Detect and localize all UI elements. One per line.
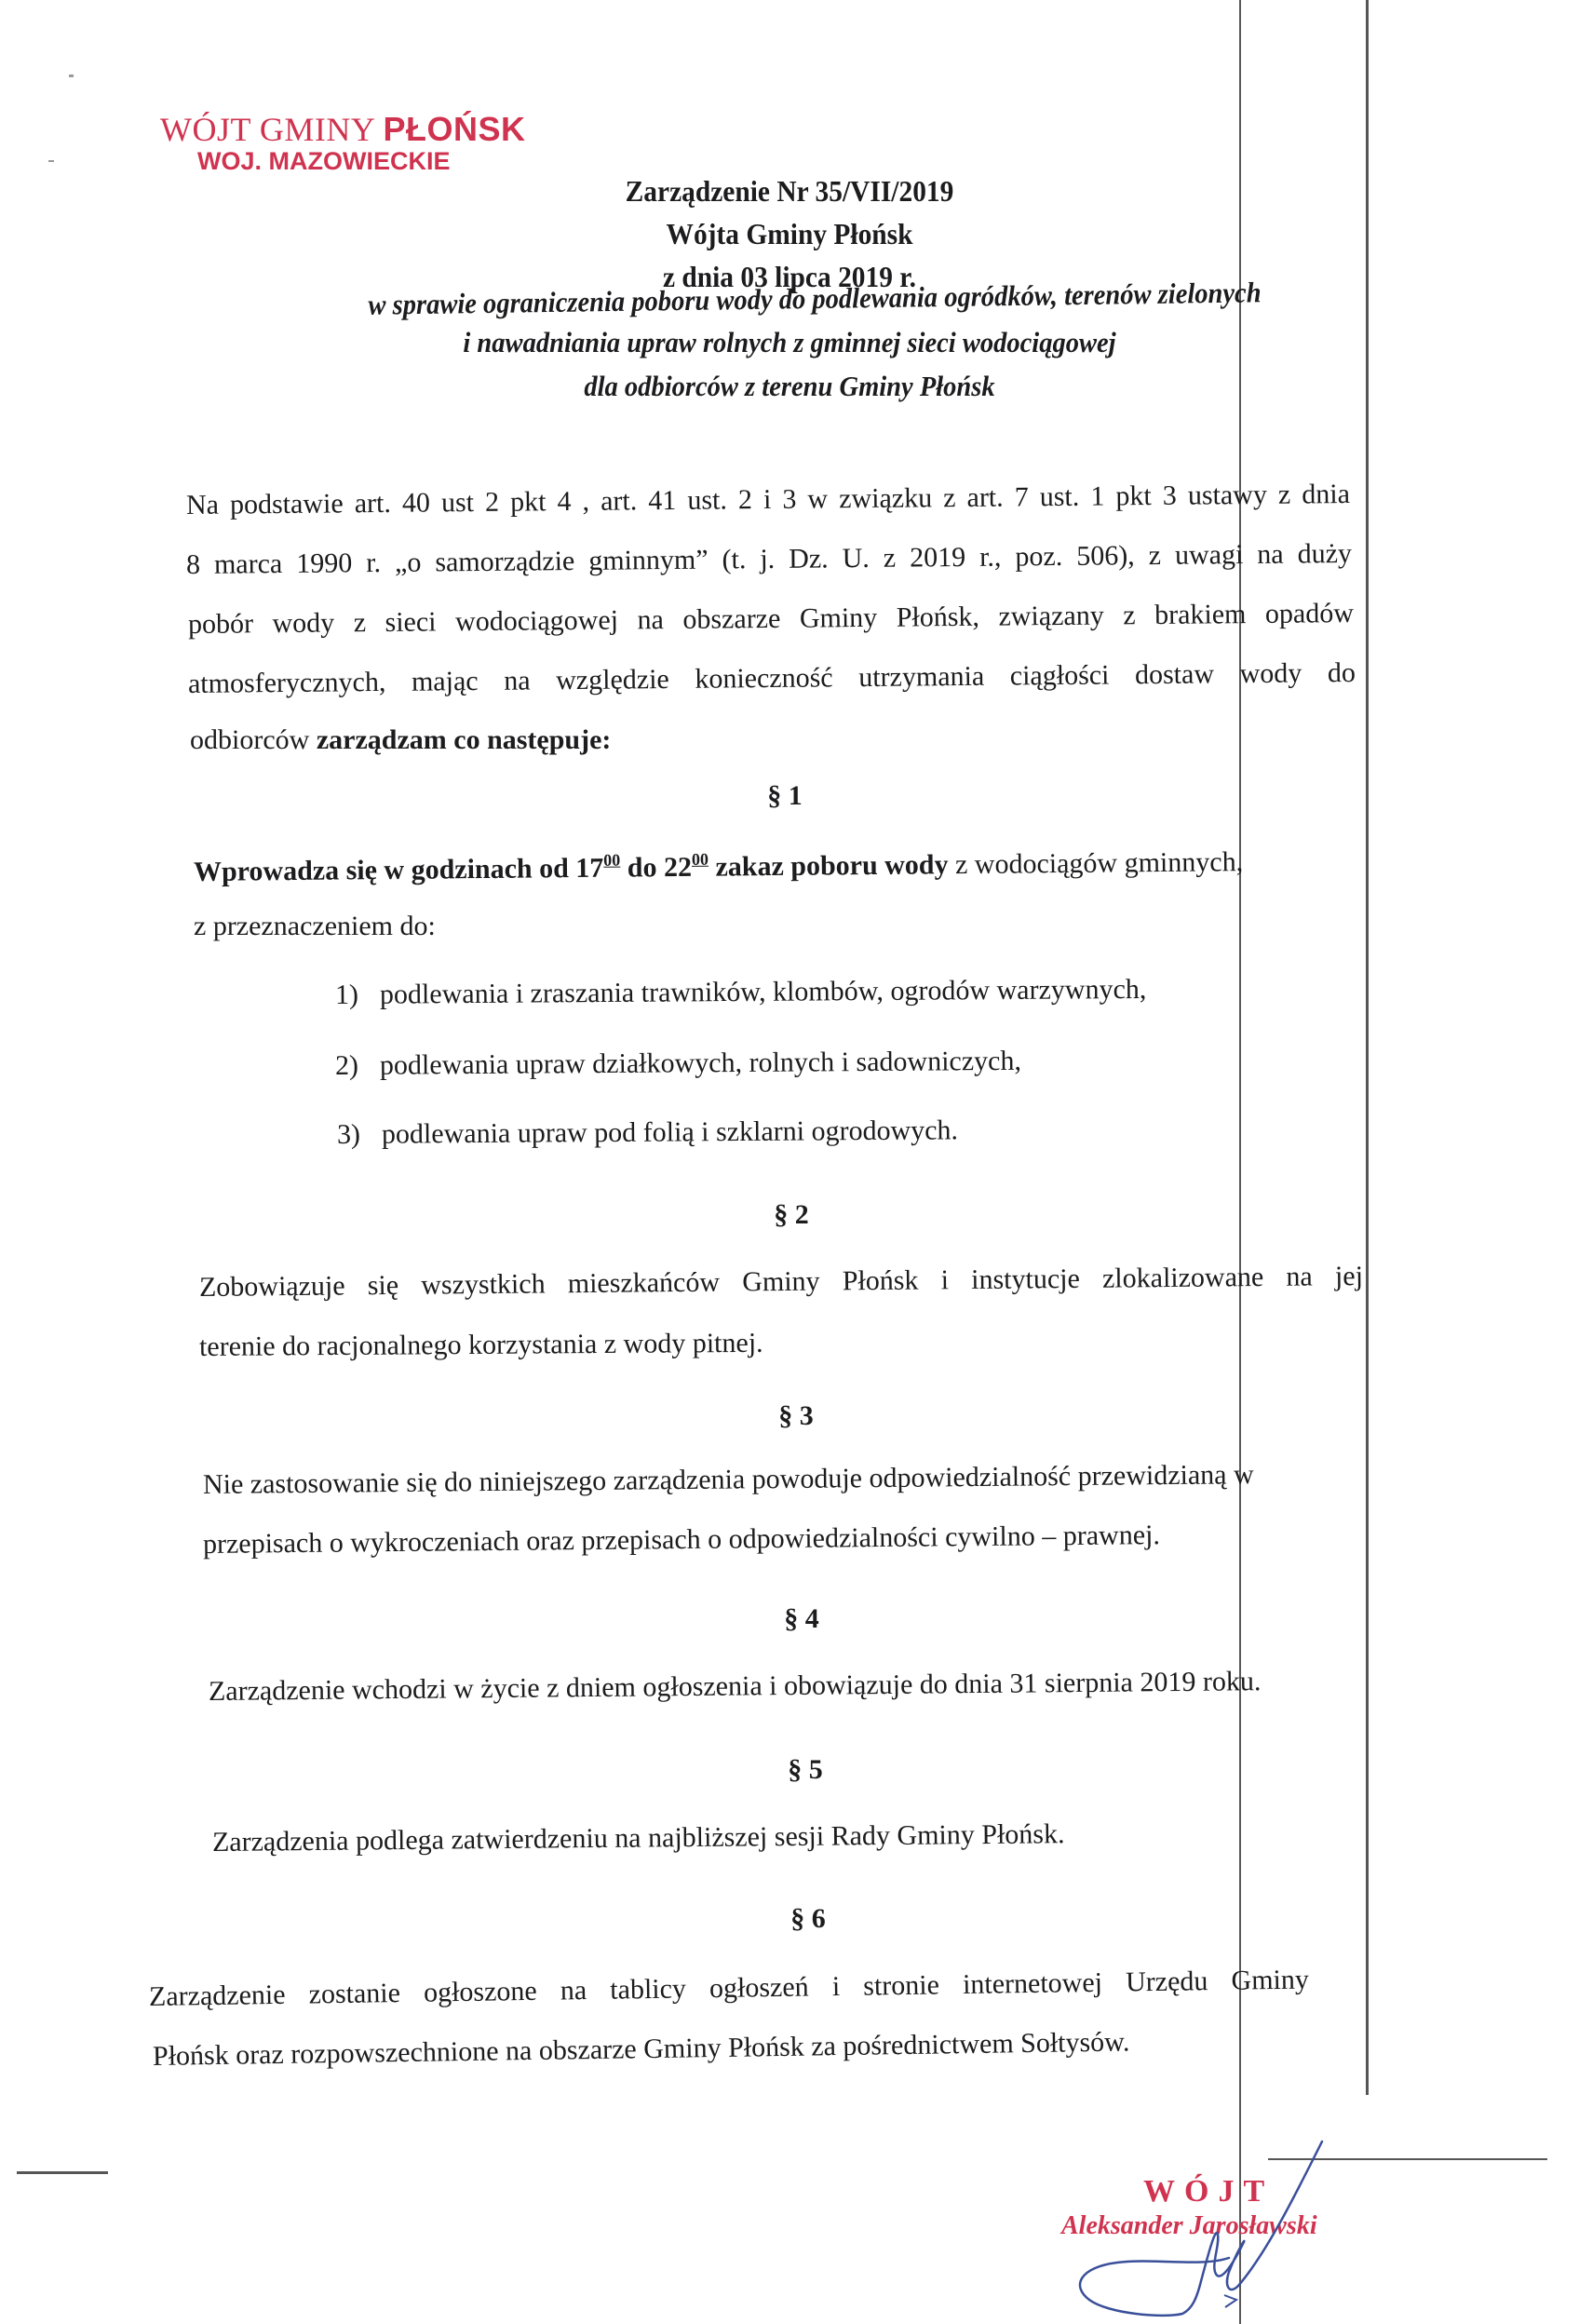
section-2-heading: § 2 bbox=[0, 1199, 1579, 1231]
scan-speck bbox=[48, 160, 54, 162]
section-3-heading: § 3 bbox=[0, 1400, 1579, 1432]
section-1-heading: § 1 bbox=[0, 780, 1579, 812]
section-5-heading: § 5 bbox=[0, 1754, 1579, 1786]
preamble-line-4: atmosferycznych, mając na względzie koni… bbox=[188, 657, 1356, 700]
stamp-line-1: WÓJT GMINY PŁOŃSK bbox=[160, 110, 526, 149]
section-1-item-2: 2)podlewania upraw działkowych, rolnych … bbox=[335, 1046, 1021, 1082]
section-2-line-1: Zobowiązuje się wszystkich mieszkańców G… bbox=[199, 1261, 1363, 1304]
document-subject: w sprawie ograniczenia poboru wody do po… bbox=[0, 277, 1579, 408]
section-6-heading: § 6 bbox=[0, 1903, 1579, 1935]
preamble-line-1: Na podstawie art. 40 ust 2 pkt 4 , art. … bbox=[186, 479, 1350, 521]
scan-line-horizontal-left bbox=[17, 2171, 108, 2174]
section-3-line-1: Nie zastosowanie się do niniejszego zarz… bbox=[203, 1459, 1254, 1501]
subject-line-3: dla odbiorców z terenu Gminy Płońsk bbox=[63, 364, 1516, 408]
section-6-line-2: Płońsk oraz rozpowszechnione na obszarze… bbox=[153, 2026, 1130, 2073]
scan-speck bbox=[69, 74, 74, 77]
section-3-line-2: przepisach o wykroczeniach oraz przepisa… bbox=[203, 1520, 1160, 1561]
section-1-main-line: Wprowadza się w godzinach od 1700 do 220… bbox=[194, 844, 1243, 888]
preamble-line-3: pobór wody z sieci wodociągowej na obsza… bbox=[188, 598, 1354, 641]
office-stamp-header: WÓJT GMINY PŁOŃSK WOJ. MAZOWIECKIE bbox=[160, 110, 526, 176]
title-issuer: Wójta Gminy Płońsk bbox=[63, 212, 1516, 255]
section-1-item-1: 1)podlewania i zraszania trawników, klom… bbox=[335, 974, 1147, 1011]
section-1-line-2: z przeznaczeniem do: bbox=[194, 911, 436, 942]
title-number: Zarządzenie Nr 35/VII/2019 bbox=[63, 169, 1516, 212]
preamble-line-5: odbiorców zarządzam co następuje: bbox=[190, 724, 611, 756]
handwritten-signature bbox=[1052, 2132, 1350, 2318]
section-1-item-3: 3)podlewania upraw pod folią i szklarni … bbox=[337, 1115, 958, 1151]
section-2-line-2: terenie do racjonalnego korzystania z wo… bbox=[199, 1328, 763, 1363]
subject-line-2: i nawadniania upraw rolnych z gminnej si… bbox=[63, 320, 1516, 364]
section-5-line-1: Zarządzenia podlega zatwierdzeniu na naj… bbox=[212, 1818, 1065, 1858]
preamble-line-2: 8 marca 1990 r. „o samorządzie gminnym” … bbox=[186, 538, 1352, 581]
section-4-heading: § 4 bbox=[0, 1603, 1579, 1635]
section-6-line-1: Zarządzenie zostanie ogłoszone na tablic… bbox=[149, 1965, 1309, 2013]
section-4-line-1: Zarządzenie wchodzi w życie z dniem ogło… bbox=[209, 1666, 1262, 1708]
